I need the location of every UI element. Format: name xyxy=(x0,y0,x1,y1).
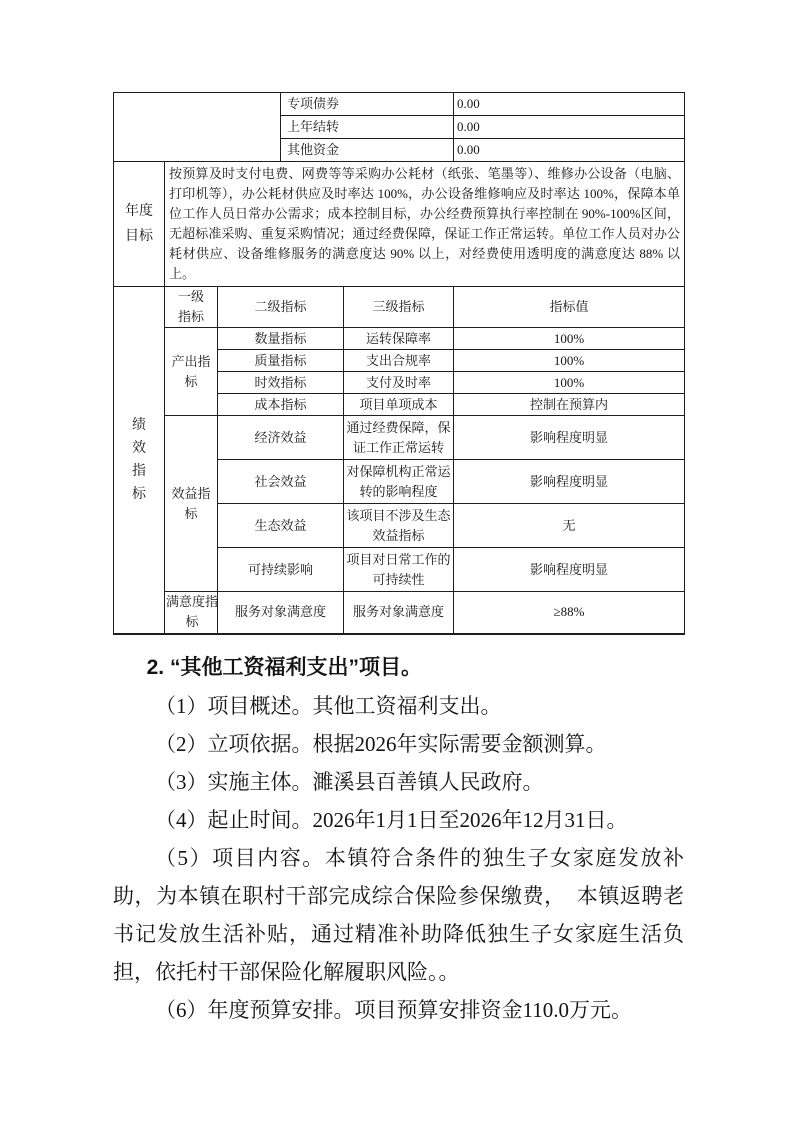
level2-cell: 数量指标 xyxy=(218,328,344,350)
level2-cell: 时效指标 xyxy=(218,372,344,394)
header-level1: 一级指标 xyxy=(178,287,204,327)
level3-cell: 通过经费保障，保证工作正常运转 xyxy=(344,416,454,460)
header-level3: 三级指标 xyxy=(344,287,454,328)
funding-row: 专项债券 0.00 xyxy=(114,93,685,116)
level3-cell: 支出合规率 xyxy=(344,350,454,372)
performance-side-label-cell: 绩效指标 xyxy=(114,287,165,634)
performance-header-row: 绩效指标 一级指标 二级指标 三级指标 指标值 xyxy=(114,287,685,328)
value-cell: 100% xyxy=(454,328,685,350)
funding-label: 上年结转 xyxy=(281,116,454,139)
level2-cell: 成本指标 xyxy=(218,394,344,416)
value-cell: 影响程度明显 xyxy=(454,416,685,460)
value-cell: 无 xyxy=(454,504,685,548)
level3-cell: 运转保障率 xyxy=(344,328,454,350)
level2-cell: 可持续影响 xyxy=(218,548,344,592)
level1-cell: 效益指标 xyxy=(165,416,218,592)
page-content: 专项债券 0.00 上年结转 0.00 其他资金 0.00 年度目标 按预算及时… xyxy=(113,92,684,1029)
level2-cell: 生态效益 xyxy=(218,504,344,548)
value-cell: ≥88% xyxy=(454,592,685,634)
document-page: 专项债券 0.00 上年结转 0.00 其他资金 0.00 年度目标 按预算及时… xyxy=(0,0,794,1122)
indicator-row: 效益指标 经济效益 通过经费保障，保证工作正常运转 影响程度明显 xyxy=(114,416,685,460)
paragraph-project-content: （5）项目内容。本镇符合条件的独生子女家庭发放补助，为本镇在职村干部完成综合保险… xyxy=(113,839,684,991)
funding-label: 专项债券 xyxy=(281,93,454,116)
level3-cell: 项目对日常工作的可持续性 xyxy=(344,548,454,592)
funding-label: 其他资金 xyxy=(281,139,454,162)
funding-value: 0.00 xyxy=(454,139,685,162)
indicator-row: 满意度指标 服务对象满意度 服务对象满意度 ≥88% xyxy=(114,592,685,634)
performance-side-label: 绩效指标 xyxy=(132,414,146,506)
paragraph-time-period: （4）起止时间。2026年1月1日至2026年12月31日。 xyxy=(113,801,684,839)
header-level2: 二级指标 xyxy=(218,287,344,328)
value-cell: 100% xyxy=(454,350,685,372)
level2-cell: 质量指标 xyxy=(218,350,344,372)
header-value: 指标值 xyxy=(454,287,685,328)
funding-empty-cell xyxy=(114,93,281,162)
level2-cell: 社会效益 xyxy=(218,460,344,504)
value-cell: 控制在预算内 xyxy=(454,394,685,416)
value-cell: 影响程度明显 xyxy=(454,460,685,504)
annual-goal-text: 按预算及时支付电费、网费等等采购办公耗材（纸张、笔墨等）、维修办公设备（电脑、打… xyxy=(165,162,685,287)
section-heading: 2. “其他工资福利支出”项目。 xyxy=(113,649,684,687)
level1-cell: 满意度指标 xyxy=(165,592,218,634)
paragraph-annual-budget: （6）年度预算安排。项目预算安排资金110.0万元。 xyxy=(113,991,684,1029)
level3-cell: 项目单项成本 xyxy=(344,394,454,416)
indicator-row: 产出指标 数量指标 运转保障率 100% xyxy=(114,328,685,350)
value-cell: 影响程度明显 xyxy=(454,548,685,592)
annual-goal-row: 年度目标 按预算及时支付电费、网费等等采购办公耗材（纸张、笔墨等）、维修办公设备… xyxy=(114,162,685,287)
level3-cell: 对保障机构正常运转的影响程度 xyxy=(344,460,454,504)
level2-cell: 经济效益 xyxy=(218,416,344,460)
paragraph-project-basis: （2）立项依据。根据2026年实际需要金额测算。 xyxy=(113,725,684,763)
level1-label: 满意度指标 xyxy=(166,592,218,632)
annual-goal-label: 年度目标 xyxy=(125,199,153,249)
funding-value: 0.00 xyxy=(454,116,685,139)
paragraph-implementing-body: （3）实施主体。濉溪县百善镇人民政府。 xyxy=(113,763,684,801)
section-body: 2. “其他工资福利支出”项目。 （1）项目概述。其他工资福利支出。 （2）立项… xyxy=(113,649,684,1029)
level3-cell: 服务对象满意度 xyxy=(344,592,454,634)
level2-cell: 服务对象满意度 xyxy=(218,592,344,634)
budget-performance-table: 专项债券 0.00 上年结转 0.00 其他资金 0.00 年度目标 按预算及时… xyxy=(113,92,685,635)
level3-cell: 支付及时率 xyxy=(344,372,454,394)
header-level1-cell: 一级指标 xyxy=(165,287,218,328)
annual-goal-label-cell: 年度目标 xyxy=(114,162,165,287)
funding-value: 0.00 xyxy=(454,93,685,116)
level3-cell: 该项目不涉及生态效益指标 xyxy=(344,504,454,548)
value-cell: 100% xyxy=(454,372,685,394)
level1-cell: 产出指标 xyxy=(165,328,218,416)
paragraph-project-overview: （1）项目概述。其他工资福利支出。 xyxy=(113,687,684,725)
